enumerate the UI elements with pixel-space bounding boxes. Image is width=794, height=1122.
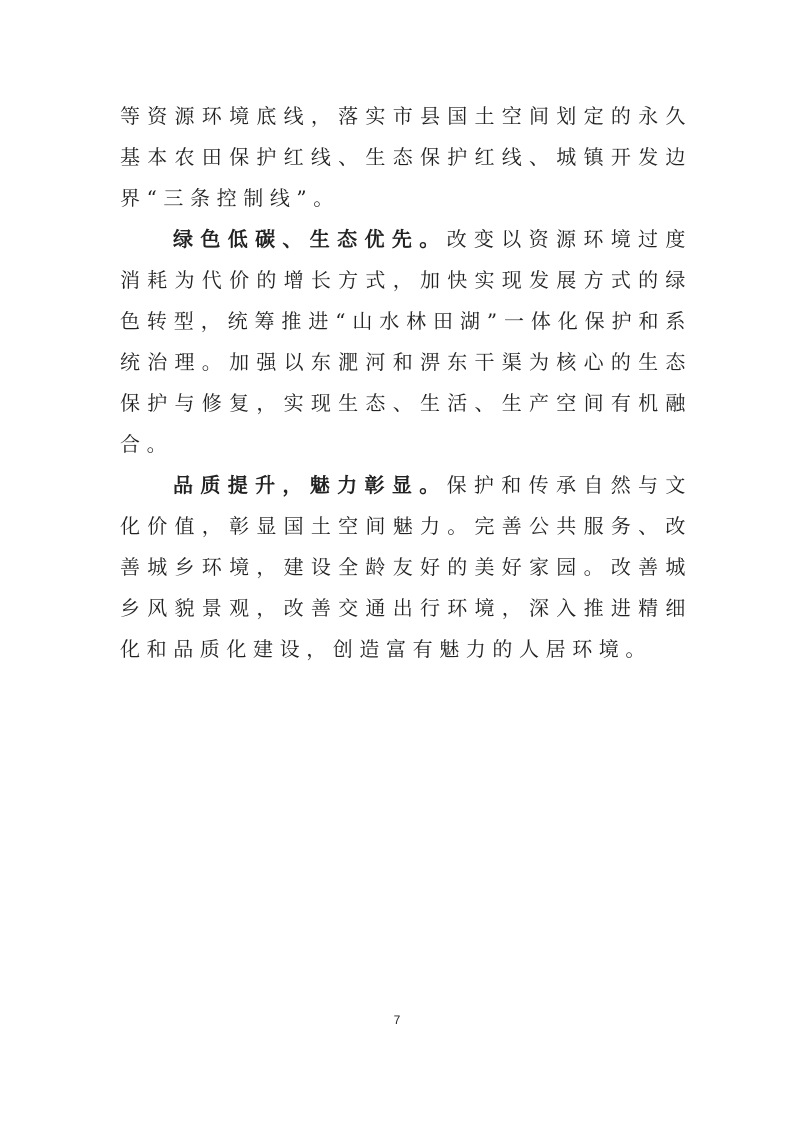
paragraph-heading: 品质提升，魅力彰显。: [173, 473, 447, 497]
paragraph-green-low-carbon: 绿色低碳、生态优先。改变以资源环境过度消耗为代价的增长方式，加快实现发展方式的绿…: [120, 219, 692, 465]
paragraph-heading: 绿色低碳、生态优先。: [173, 227, 447, 251]
paragraph-text: 改变以资源环境过度消耗为代价的增长方式，加快实现发展方式的绿色转型，统筹推进“山…: [120, 227, 692, 456]
paragraph-quality-charm: 品质提升，魅力彰显。保护和传承自然与文化价值，彰显国土空间魅力。完善公共服务、改…: [120, 465, 692, 670]
paragraph-text: 保护和传承自然与文化价值，彰显国土空间魅力。完善公共服务、改善城乡环境，建设全龄…: [120, 473, 692, 661]
page-body: 等资源环境底线，落实市县国土空间划定的永久基本农田保护红线、生态保护红线、城镇开…: [120, 96, 692, 670]
paragraph-text: 等资源环境底线，落实市县国土空间划定的永久基本农田保护红线、生态保护红线、城镇开…: [120, 104, 692, 210]
paragraph-continuation: 等资源环境底线，落实市县国土空间划定的永久基本农田保护红线、生态保护红线、城镇开…: [120, 96, 692, 219]
page-number: 7: [0, 1013, 794, 1027]
document-page: 等资源环境底线，落实市县国土空间划定的永久基本农田保护红线、生态保护红线、城镇开…: [0, 0, 794, 1122]
